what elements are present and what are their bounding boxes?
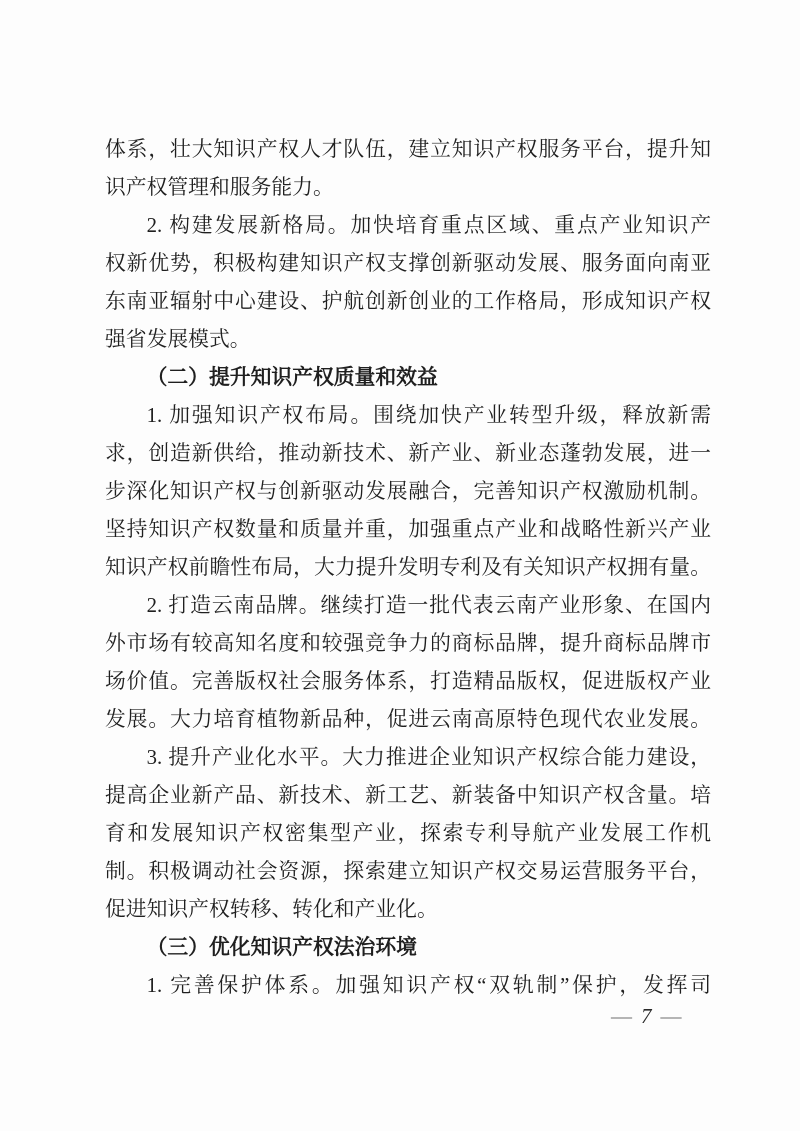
text-line: 场价值。完善版权社会服务体系，打造精品版权，促进版权产业: [105, 663, 711, 701]
text-line: 制。积极调动社会资源，探索建立知识产权交易运营服务平台，: [105, 853, 711, 891]
text-line: 东南亚辐射中心建设、护航创新创业的工作格局，形成知识产权: [105, 283, 711, 321]
section-heading: （二）提升知识产权质量和效益: [105, 359, 711, 397]
text-line: 1. 加强知识产权布局。围绕加快产业转型升级，释放新需: [105, 397, 711, 435]
page-number-dash-left: —: [606, 1004, 637, 1028]
text-line: 2. 构建发展新格局。加快培育重点区域、重点产业知识产: [105, 207, 711, 245]
text-line: 坚持知识产权数量和质量并重，加强重点产业和战略性新兴产业: [105, 511, 711, 549]
section-heading: （三）优化知识产权法治环境: [105, 929, 711, 967]
text-line: 知识产权前瞻性布局，大力提升发明专利及有关知识产权拥有量。: [105, 549, 711, 587]
text-line: 育和发展知识产权密集型产业，探索专利导航产业发展工作机: [105, 815, 711, 853]
body-paragraph: 2. 构建发展新格局。加快培育重点区域、重点产业知识产权新优势，积极构建知识产权…: [105, 207, 711, 359]
text-line: 外市场有较高知名度和较强竞争力的商标品牌，提升商标品牌市: [105, 625, 711, 663]
text-line: 强省发展模式。: [105, 321, 711, 359]
text-line: （二）提升知识产权质量和效益: [105, 359, 711, 397]
text-line: 体系，壮大知识产权人才队伍，建立知识产权服务平台，提升知: [105, 131, 711, 169]
text-line: （三）优化知识产权法治环境: [105, 929, 711, 967]
page-number: 7: [637, 1004, 656, 1028]
text-line: 权新优势，积极构建知识产权支撑创新驱动发展、服务面向南亚: [105, 245, 711, 283]
text-line: 提高企业新产品、新技术、新工艺、新装备中知识产权含量。培: [105, 777, 711, 815]
text-line: 发展。大力培育植物新品种，促进云南高原特色现代农业发展。: [105, 701, 711, 739]
text-line: 2. 打造云南品牌。继续打造一批代表云南产业形象、在国内: [105, 587, 711, 625]
text-line: 求，创造新供给，推动新技术、新产业、新业态蓬勃发展，进一: [105, 435, 711, 473]
page-number-dash-right: —: [656, 1004, 687, 1028]
document-body: 体系，壮大知识产权人才队伍，建立知识产权服务平台，提升知识产权管理和服务能力。2…: [105, 131, 711, 1005]
body-paragraph: 体系，壮大知识产权人才队伍，建立知识产权服务平台，提升知识产权管理和服务能力。: [105, 131, 711, 207]
text-line: 促进知识产权转移、转化和产业化。: [105, 891, 711, 929]
text-line: 识产权管理和服务能力。: [105, 169, 711, 207]
text-line: 3. 提升产业化水平。大力推进企业知识产权综合能力建设，: [105, 739, 711, 777]
document-page: 体系，壮大知识产权人才队伍，建立知识产权服务平台，提升知识产权管理和服务能力。2…: [0, 0, 800, 1131]
body-paragraph: 3. 提升产业化水平。大力推进企业知识产权综合能力建设，提高企业新产品、新技术、…: [105, 739, 711, 929]
page-footer: —7—: [606, 1000, 687, 1032]
body-paragraph: 2. 打造云南品牌。继续打造一批代表云南产业形象、在国内外市场有较高知名度和较强…: [105, 587, 711, 739]
text-line: 步深化知识产权与创新驱动发展融合，完善知识产权激励机制。: [105, 473, 711, 511]
body-paragraph: 1. 加强知识产权布局。围绕加快产业转型升级，释放新需求，创造新供给，推动新技术…: [105, 397, 711, 587]
